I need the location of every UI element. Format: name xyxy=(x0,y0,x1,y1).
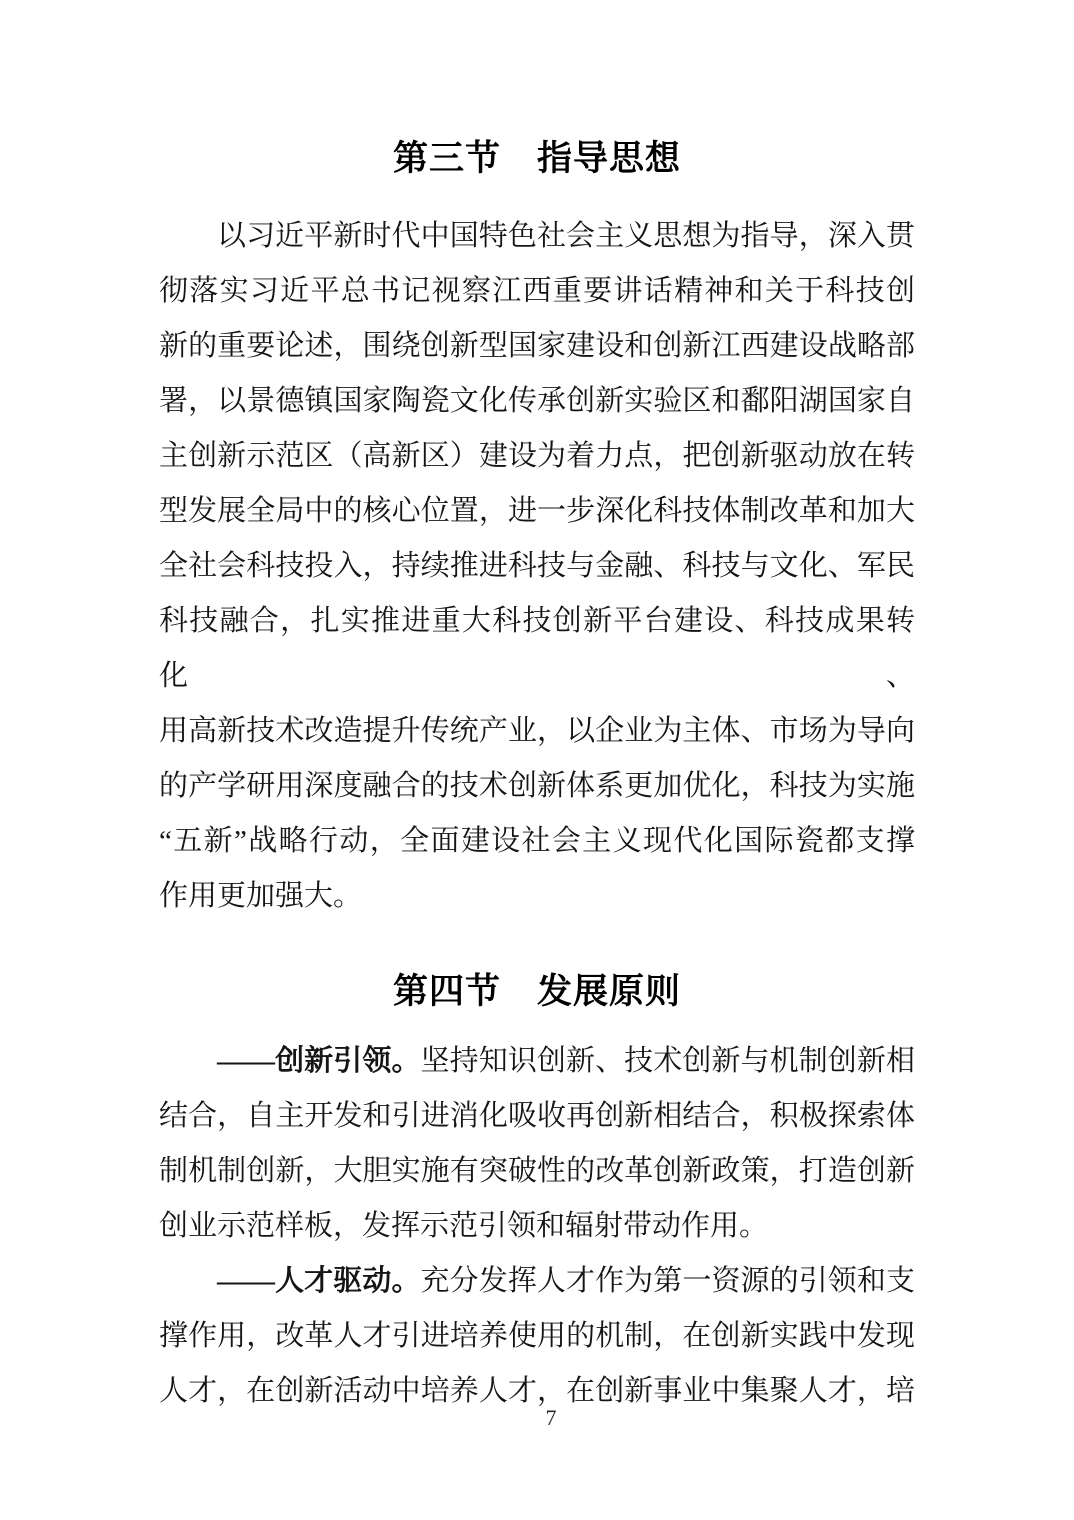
text-segment: 主创新示范区（高新区）建设为着力点，把创新驱动放在转 xyxy=(159,440,915,472)
text-line: 主创新示范区（高新区）建设为着力点，把创新驱动放在转 xyxy=(159,429,915,484)
text-segment: 坚持知识创新、技术创新与机制创新相 xyxy=(421,1045,915,1077)
document-section: 第四节 发展原则——创新引领。坚持知识创新、技术创新与机制创新相结合，自主开发和… xyxy=(159,968,915,1419)
text-line: 新的重要论述，围绕创新型国家建设和创新江西建设战略部 xyxy=(159,319,915,374)
section-heading: 第三节 指导思想 xyxy=(159,135,915,183)
text-segment: 科技融合，扎实推进重大科技创新平台建设、科技成果转化、 xyxy=(159,605,915,692)
text-segment: 全社会科技投入，持续推进科技与金融、科技与文化、军民 xyxy=(159,550,915,582)
text-segment: 结合，自主开发和引进消化吸收再创新相结合，积极探索体 xyxy=(159,1100,915,1132)
text-line: 科技融合，扎实推进重大科技创新平台建设、科技成果转化、 xyxy=(159,594,915,704)
text-segment: 撑作用，改革人才引进培养使用的机制，在创新实践中发现 xyxy=(159,1320,915,1352)
page-number-value: 7 xyxy=(546,1405,557,1430)
text-line: 撑作用，改革人才引进培养使用的机制，在创新实践中发现 xyxy=(159,1309,915,1364)
text-line: 署，以景德镇国家陶瓷文化传承创新实验区和鄱阳湖国家自 xyxy=(159,374,915,429)
text-segment: 署，以景德镇国家陶瓷文化传承创新实验区和鄱阳湖国家自 xyxy=(159,385,915,417)
text-line: 制机制创新，大胆实施有突破性的改革创新政策，打造创新 xyxy=(159,1144,915,1199)
text-segment: 彻落实习近平总书记视察江西重要讲话精神和关于科技创 xyxy=(159,275,915,307)
page-number: 7 xyxy=(0,1404,1074,1432)
paragraph: 以习近平新时代中国特色社会主义思想为指导，深入贯彻落实习近平总书记视察江西重要讲… xyxy=(159,209,915,924)
text-line: 全社会科技投入，持续推进科技与金融、科技与文化、军民 xyxy=(159,539,915,594)
paragraph: ——创新引领。坚持知识创新、技术创新与机制创新相结合，自主开发和引进消化吸收再创… xyxy=(159,1034,915,1254)
text-line: ——人才驱动。充分发挥人才作为第一资源的引领和支 xyxy=(159,1254,915,1309)
document-section: 第三节 指导思想以习近平新时代中国特色社会主义思想为指导，深入贯彻落实习近平总书… xyxy=(159,135,915,924)
paragraph: ——人才驱动。充分发挥人才作为第一资源的引领和支撑作用，改革人才引进培养使用的机… xyxy=(159,1254,915,1419)
bold-lead-in: ——创新引领。 xyxy=(217,1045,421,1077)
text-segment: 的产学研用深度融合的技术创新体系更加优化，科技为实施 xyxy=(159,770,915,802)
text-segment: 人才，在创新活动中培养人才，在创新事业中集聚人才，培 xyxy=(159,1375,915,1407)
text-segment: 创业示范样板，发挥示范引领和辐射带动作用。 xyxy=(159,1210,768,1242)
text-line: 彻落实习近平总书记视察江西重要讲话精神和关于科技创 xyxy=(159,264,915,319)
text-segment: “五新”战略行动，全面建设社会主义现代化国际瓷都支撑 xyxy=(159,825,915,857)
text-segment: 以习近平新时代中国特色社会主义思想为指导，深入贯 xyxy=(217,220,915,252)
text-segment: 用高新技术改造提升传统产业，以企业为主体、市场为导向 xyxy=(159,715,915,747)
text-line: 结合，自主开发和引进消化吸收再创新相结合，积极探索体 xyxy=(159,1089,915,1144)
text-segment: 型发展全局中的核心位置，进一步深化科技体制改革和加大 xyxy=(159,495,915,527)
text-segment: 作用更加强大。 xyxy=(159,880,362,912)
text-line: 创业示范样板，发挥示范引领和辐射带动作用。 xyxy=(159,1199,915,1254)
text-line: 作用更加强大。 xyxy=(159,869,915,924)
text-segment: 新的重要论述，围绕创新型国家建设和创新江西建设战略部 xyxy=(159,330,915,362)
text-segment: 制机制创新，大胆实施有突破性的改革创新政策，打造创新 xyxy=(159,1155,915,1187)
text-line: “五新”战略行动，全面建设社会主义现代化国际瓷都支撑 xyxy=(159,814,915,869)
text-line: 用高新技术改造提升传统产业，以企业为主体、市场为导向 xyxy=(159,704,915,759)
text-line: 的产学研用深度融合的技术创新体系更加优化，科技为实施 xyxy=(159,759,915,814)
text-line: 型发展全局中的核心位置，进一步深化科技体制改革和加大 xyxy=(159,484,915,539)
text-line: 以习近平新时代中国特色社会主义思想为指导，深入贯 xyxy=(159,209,915,264)
bold-lead-in: ——人才驱动。 xyxy=(217,1265,421,1297)
section-heading: 第四节 发展原则 xyxy=(159,968,915,1016)
document-page: 第三节 指导思想以习近平新时代中国特色社会主义思想为指导，深入贯彻落实习近平总书… xyxy=(0,0,1074,1520)
text-line: ——创新引领。坚持知识创新、技术创新与机制创新相 xyxy=(159,1034,915,1089)
text-segment: 充分发挥人才作为第一资源的引领和支 xyxy=(421,1265,915,1297)
document-content: 第三节 指导思想以习近平新时代中国特色社会主义思想为指导，深入贯彻落实习近平总书… xyxy=(159,0,915,1419)
